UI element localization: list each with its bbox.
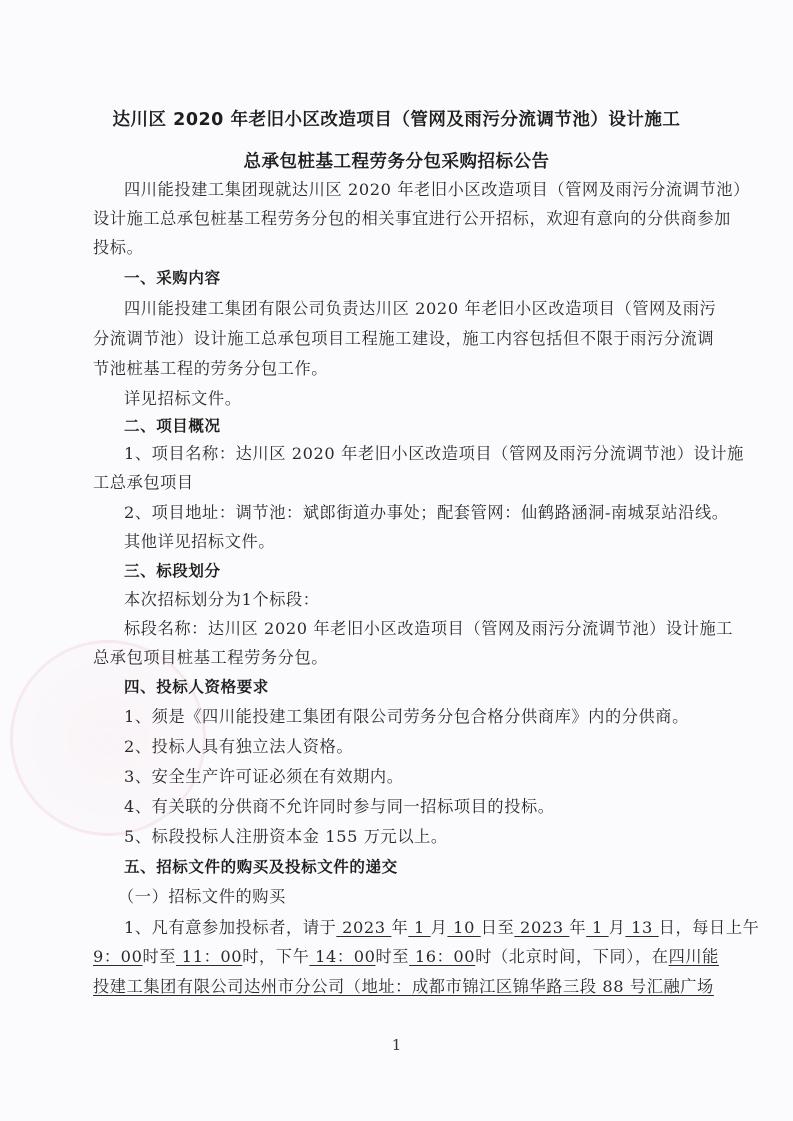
list-item: 5、标段投标人注册资本金 155 万元以上。: [124, 826, 729, 848]
paragraph-line: 9：00时至 11：00时，下午 14：00时至 16：00时（北京时间，下同）…: [93, 946, 698, 968]
paragraph-line: 标段名称：达川区 2020 年老旧小区改造项目（管网及雨污分流调节池）设计施工: [124, 618, 729, 640]
paragraph-line: 工总承包项目: [93, 472, 698, 494]
page-number: 1: [0, 1036, 793, 1054]
morning-start-time: 9：00: [93, 947, 142, 966]
start-day: 10: [447, 918, 480, 937]
paragraph-line: 详见招标文件。: [124, 388, 729, 410]
text: 年: [391, 918, 408, 937]
intro-line: 设计施工总承包桩基工程劳务分包的相关事宜进行公开招标，欢迎有意向的分供商参加: [93, 208, 698, 230]
paragraph-line: 节池桩基工程的劳务分包工作。: [93, 358, 698, 380]
text: 时至: [142, 947, 176, 966]
location-text: 投建工集团有限公司达州市分公司（地址：成都市锦江区锦华路三段 88 号汇融广场: [93, 977, 714, 996]
paragraph-line: 投建工集团有限公司达州市分公司（地址：成都市锦江区锦华路三段 88 号汇融广场: [93, 976, 698, 998]
document-title-line1: 达川区 2020 年老旧小区改造项目（管网及雨污分流调节池）设计施工: [0, 106, 793, 131]
start-month: 1: [408, 918, 430, 937]
morning-end-time: 11：00: [176, 947, 242, 966]
paragraph-line: 其他详见招标文件。: [124, 531, 729, 553]
section-heading-documents: 五、招标文件的购买及投标文件的递交: [124, 856, 729, 878]
paragraph-line: 2、项目地址：调节池：斌郎街道办事处；配套管网：仙鹤路涵洞-南城泵站沿线。: [124, 502, 729, 524]
text: 时（北京时间，下同），在: [475, 947, 668, 966]
text: 时至: [376, 947, 410, 966]
text: 时，下午: [242, 947, 309, 966]
section-heading-lots: 三、标段划分: [124, 560, 729, 582]
text: 月: [609, 918, 626, 937]
document-page: 达川区 2020 年老旧小区改造项目（管网及雨污分流调节池）设计施工 总承包桩基…: [0, 0, 793, 1121]
start-year: 2023: [336, 918, 391, 937]
list-item: 4、有关联的分供商不允许同时参与同一招标项目的投标。: [124, 796, 729, 818]
intro-line: 四川能投建工集团现就达川区 2020 年老旧小区改造项目（管网及雨污分流调节池）: [124, 179, 729, 201]
intro-line: 投标。: [93, 237, 698, 259]
paragraph-line: 总承包项目桩基工程劳务分包。: [93, 647, 698, 669]
text: 日至: [481, 918, 515, 937]
paragraph-line: 四川能投建工集团有限公司负责达川区 2020 年老旧小区改造项目（管网及雨污: [124, 298, 729, 320]
text: 月: [431, 918, 448, 937]
paragraph-line: 1、项目名称：达川区 2020 年老旧小区改造项目（管网及雨污分流调节池）设计施: [124, 443, 729, 465]
end-month: 1: [586, 918, 608, 937]
text: 日，每日上午: [659, 918, 760, 937]
paragraph-line: 本次招标划分为1个标段：: [124, 589, 729, 611]
location-text: 四川能: [669, 947, 719, 966]
section-heading-procurement: 一、采购内容: [124, 267, 729, 289]
section-heading-overview: 二、项目概况: [124, 415, 729, 437]
end-year: 2023: [514, 918, 569, 937]
list-item: 1、须是《四川能投建工集团有限公司劳务分包合格分供商库》内的分供商。: [124, 706, 729, 728]
paragraph-line: 1、凡有意参加投标者，请于 2023 年 1 月 10 日至 2023 年 1 …: [124, 917, 729, 939]
text: 1、凡有意参加投标者，请于: [124, 918, 336, 937]
afternoon-end-time: 16：00: [409, 947, 475, 966]
text: 年: [569, 918, 586, 937]
list-item: 2、投标人具有独立法人资格。: [124, 736, 729, 758]
subsection-heading: （一）招标文件的购买: [118, 886, 723, 908]
afternoon-start-time: 14：00: [309, 947, 375, 966]
end-day: 13: [625, 918, 658, 937]
paragraph-line: 分流调节池）设计施工总承包项目工程施工建设，施工内容包括但不限于雨污分流调: [93, 328, 698, 350]
section-heading-qualifications: 四、投标人资格要求: [124, 676, 729, 698]
list-item: 3、安全生产许可证必须在有效期内。: [124, 766, 729, 788]
document-title-line2: 总承包桩基工程劳务分包采购招标公告: [0, 148, 793, 173]
